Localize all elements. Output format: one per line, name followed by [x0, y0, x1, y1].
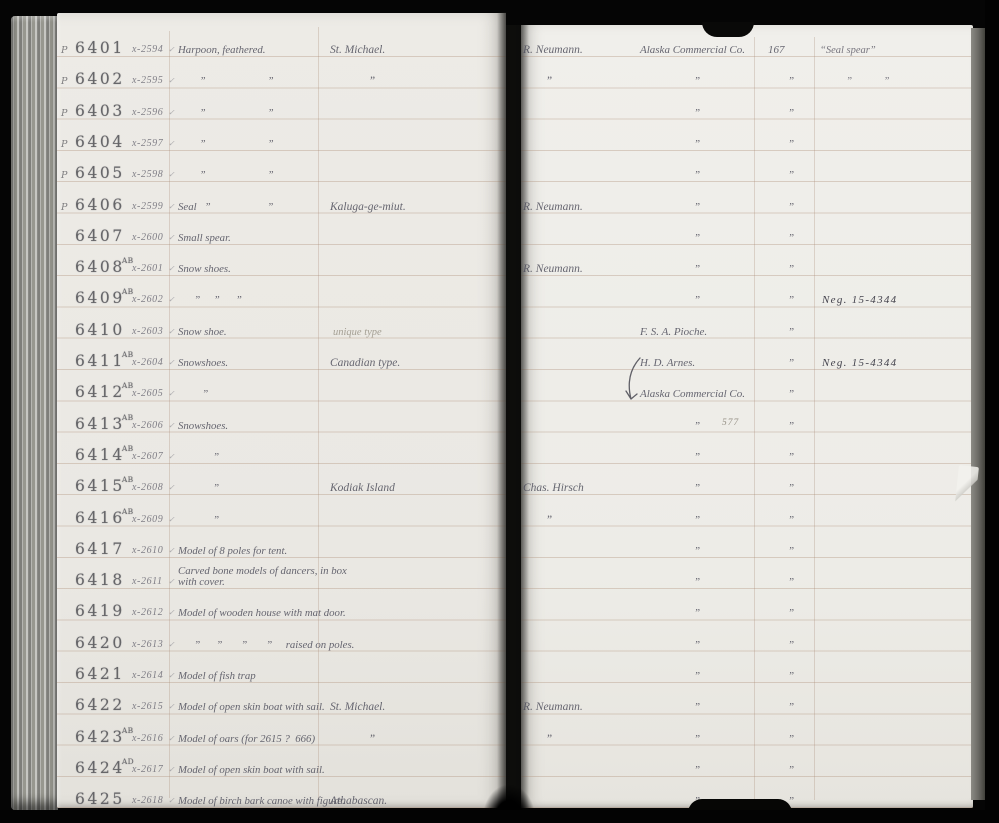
old-number: x-2596: [132, 107, 163, 118]
catalog-number-text: 6412: [75, 383, 125, 401]
accession-number: ”: [768, 169, 814, 181]
donor: ”: [640, 294, 754, 306]
margin-mark: P: [61, 139, 67, 150]
accession-number: ”: [768, 451, 814, 463]
catalog-number-text: 6420: [75, 634, 125, 652]
catalog-number: 6402: [75, 70, 125, 88]
catalog-number: 6404: [75, 133, 125, 151]
catalog-number: 6408AB: [75, 256, 134, 276]
catalog-number-text: 6408: [75, 258, 125, 276]
locality: ”: [330, 733, 414, 745]
donor: F. S. A. Pioche.: [640, 326, 707, 338]
checkmark-icon: ✓: [168, 358, 175, 367]
ledger-row: 6418x-2611✓Carved bone models of dancers…: [0, 563, 999, 591]
margin-mark: P: [61, 108, 67, 119]
accession-number: ”: [768, 326, 814, 338]
donor: ”: [640, 514, 754, 526]
catalog-number-text: 6401: [75, 39, 125, 57]
accession-number: ”: [768, 482, 814, 494]
description: Model of wooden house with mat door.: [178, 608, 346, 619]
checkmark-icon: ✓: [168, 640, 175, 649]
description: Model of oars (for 2615 ? 666): [178, 734, 315, 745]
checkmark-icon: ✓: [168, 452, 175, 461]
ledger-row: 6425x-2618✓Model of birch bark canoe wit…: [0, 782, 999, 810]
old-number: x-2599: [132, 201, 163, 212]
description: ” ”: [178, 139, 274, 150]
ledger-row: 6411ABx-2604✓Snowshoes.Canadian type.H. …: [0, 344, 999, 372]
accession-number: ”: [768, 420, 814, 432]
ledger-row: P6406x-2599✓Seal ” ”Kaluga-ge-miut.R. Ne…: [0, 188, 999, 216]
checkmark-icon: ✓: [168, 264, 175, 273]
checkmark-icon: ✓: [168, 577, 175, 586]
old-number: x-2598: [132, 169, 163, 180]
accession-number: ”: [768, 607, 814, 619]
checkmark-icon: ✓: [168, 765, 175, 774]
description: Snow shoe.: [178, 327, 227, 338]
locality: Kaluga-ge-miut.: [330, 201, 406, 213]
catalog-number-text: 6421: [75, 665, 125, 683]
description: Snowshoes.: [178, 421, 228, 432]
checkmark-icon: ✓: [168, 483, 175, 492]
old-number: x-2600: [132, 232, 163, 243]
description: ” ” ” ” raised on poles.: [178, 640, 354, 651]
description: ” ”: [178, 170, 274, 181]
ledger-row: 6410x-2603✓Snow shoe.unique typeF. S. A.…: [0, 313, 999, 341]
collector: ”: [523, 75, 575, 87]
catalog-number: 6403: [75, 102, 125, 120]
ledger-row: 6420x-2613✓ ” ” ” ” raised on poles.””: [0, 626, 999, 654]
checkmark-icon: ✓: [168, 796, 175, 805]
catalog-number: 6407: [75, 227, 125, 245]
description: Model of 8 poles for tent.: [178, 546, 287, 557]
accession-number: ”: [768, 670, 814, 682]
old-number: x-2601: [132, 263, 163, 274]
old-number: x-2611: [132, 576, 163, 587]
catalog-number-text: 6404: [75, 133, 125, 151]
correction-arrow-icon: [624, 357, 644, 403]
ledger-row: 6408ABx-2601✓Snow shoes.R. Neumann.””: [0, 250, 999, 278]
checkmark-icon: ✓: [168, 421, 175, 430]
donor: ”: [640, 482, 754, 494]
catalog-number: 6422: [75, 696, 125, 714]
checkmark-icon: ✓: [168, 45, 175, 54]
accession-number: ”: [768, 107, 814, 119]
catalog-number-text: 6411: [75, 352, 125, 370]
ledger-row: 6419x-2612✓Model of wooden house with ma…: [0, 594, 999, 622]
checkmark-icon: ✓: [168, 139, 175, 148]
catalog-number-text: 6402: [75, 70, 125, 88]
donor: ”: [640, 576, 754, 588]
catalog-number: 6419: [75, 602, 125, 620]
checkmark-icon: ✓: [168, 515, 175, 524]
checkmark-icon: ✓: [168, 108, 175, 117]
catalog-number: 6405: [75, 164, 125, 182]
locality: ”: [330, 75, 414, 87]
catalog-number-text: 6409: [75, 289, 125, 307]
description: Carved bone models of dancers, in box wi…: [178, 566, 347, 588]
old-number: x-2616: [132, 733, 163, 744]
accession-number: ”: [768, 294, 814, 306]
catalog-number-text: 6403: [75, 102, 125, 120]
ledger-row: 6412ABx-2605✓ ”Alaska Commercial Co.”: [0, 375, 999, 403]
catalog-number: 6409AB: [75, 287, 134, 307]
donor-pencil-note: 577: [722, 418, 739, 428]
checkmark-icon: ✓: [168, 608, 175, 617]
old-number: x-2604: [132, 357, 163, 368]
ledger-row: 6414ABx-2607✓ ”””: [0, 438, 999, 466]
description: Snow shoes.: [178, 264, 231, 275]
description: ”: [178, 452, 219, 463]
ledger-photo: P6401x-2594✓Harpoon, feathered.St. Micha…: [0, 0, 999, 823]
catalog-number-text: 6405: [75, 164, 125, 182]
catalog-number-text: 6407: [75, 227, 125, 245]
pencil-note: unique type: [333, 327, 382, 338]
description: Seal ” ”: [178, 202, 273, 213]
catalog-number: 6415AB: [75, 475, 134, 495]
checkmark-icon: ✓: [168, 202, 175, 211]
catalog-number: 6410: [75, 321, 125, 339]
catalog-number: 6425: [75, 790, 125, 808]
margin-mark: P: [61, 45, 67, 56]
catalog-number-text: 6424: [75, 759, 125, 777]
catalog-number: 6411AB: [75, 350, 134, 370]
catalog-number: 6417: [75, 540, 125, 558]
margin-mark: P: [61, 76, 67, 87]
checkmark-icon: ✓: [168, 76, 175, 85]
photo-black-border-bottom: [0, 810, 999, 823]
catalog-number: 6401: [75, 39, 125, 57]
description: ” ” ”: [178, 295, 242, 306]
description: Model of open skin boat with sail.: [178, 702, 325, 713]
accession-number: ”: [768, 733, 814, 745]
donor: ”: [640, 545, 754, 557]
old-number: x-2617: [132, 764, 163, 775]
accession-number: ”: [768, 75, 814, 87]
checkmark-icon: ✓: [168, 546, 175, 555]
description: ” ”: [178, 108, 274, 119]
accession-number: 167: [768, 44, 785, 56]
old-number: x-2594: [132, 44, 163, 55]
donor: Alaska Commercial Co.: [640, 44, 745, 56]
collector: ”: [523, 733, 575, 745]
locality: St. Michael.: [330, 701, 385, 713]
accession-number: ”: [768, 576, 814, 588]
description: Model of fish trap: [178, 671, 256, 682]
donor: ”: [640, 733, 754, 745]
donor: Alaska Commercial Co.: [640, 388, 745, 400]
accession-number: ”: [768, 201, 814, 213]
donor: ”: [640, 263, 754, 275]
negative-number: Neg. 15-4344: [822, 357, 897, 369]
accession-number: ”: [768, 388, 814, 400]
old-number: x-2612: [132, 607, 163, 618]
description: Small spear.: [178, 233, 231, 244]
catalog-number-text: 6422: [75, 696, 125, 714]
ledger-row: P6404x-2597✓ ” ”””: [0, 125, 999, 153]
locality: St. Michael.: [330, 44, 385, 56]
donor: ”: [640, 639, 754, 651]
donor: ”: [640, 75, 754, 87]
catalog-number: 6412AB: [75, 381, 134, 401]
locality: Canadian type.: [330, 357, 400, 369]
catalog-number-text: 6415: [75, 477, 125, 495]
accession-number: ”: [768, 514, 814, 526]
description: Harpoon, feathered.: [178, 45, 265, 56]
locality: Athabascan.: [330, 795, 387, 807]
catalog-number: 6421: [75, 665, 125, 683]
collector: R. Neumann.: [523, 701, 583, 713]
old-number: x-2602: [132, 294, 163, 305]
accession-number: ”: [768, 701, 814, 713]
description: ” ”: [178, 76, 274, 87]
accession-number: ”: [768, 138, 814, 150]
old-number: x-2610: [132, 545, 163, 556]
margin-mark: P: [61, 170, 67, 181]
catalog-number: 6416AB: [75, 507, 134, 527]
ledger-row: 6424ADx-2617✓Model of open skin boat wit…: [0, 751, 999, 779]
checkmark-icon: ✓: [168, 734, 175, 743]
description: ”: [178, 389, 208, 400]
old-number: x-2614: [132, 670, 163, 681]
old-number: x-2613: [132, 639, 163, 650]
ledger-row: P6401x-2594✓Harpoon, feathered.St. Micha…: [0, 31, 999, 59]
ledger-row: P6405x-2598✓ ” ”””: [0, 156, 999, 184]
ledger-row: 6409ABx-2602✓ ” ” ”””Neg. 15-4344: [0, 281, 999, 309]
catalog-number-text: 6406: [75, 196, 125, 214]
description: Model of birch bark canoe with figure.: [178, 796, 345, 807]
old-number: x-2615: [132, 701, 163, 712]
old-number: x-2608: [132, 482, 163, 493]
accession-number: ”: [768, 795, 814, 807]
donor: H. D. Arnes.: [640, 357, 695, 369]
donor: ”: [640, 795, 754, 807]
catalog-number: 6406: [75, 196, 125, 214]
checkmark-icon: ✓: [168, 702, 175, 711]
old-number: x-2606: [132, 420, 163, 431]
donor: ”: [640, 169, 754, 181]
accession-number: ”: [768, 263, 814, 275]
description: Snowshoes.: [178, 358, 228, 369]
ledger-row: 6413ABx-2606✓Snowshoes.”577”: [0, 407, 999, 435]
accession-number: ”: [768, 357, 814, 369]
donor: ”: [640, 670, 754, 682]
donor: ”: [640, 451, 754, 463]
old-number: x-2603: [132, 326, 163, 337]
collector: R. Neumann.: [523, 201, 583, 213]
donor: ”: [640, 107, 754, 119]
catalog-number-text: 6425: [75, 790, 125, 808]
donor: ”: [640, 138, 754, 150]
ledger-row: P6402x-2595✓ ” ””””” ” ”: [0, 62, 999, 90]
catalog-number-text: 6413: [75, 415, 125, 433]
catalog-number-text: 6423: [75, 728, 125, 746]
catalog-number-text: 6418: [75, 571, 125, 589]
remarks: ” ”: [820, 76, 889, 87]
ledger-row: P6403x-2596✓ ” ”””: [0, 94, 999, 122]
checkmark-icon: ✓: [168, 327, 175, 336]
accession-number: ”: [768, 639, 814, 651]
old-number: x-2605: [132, 388, 163, 399]
collector: Chas. Hirsch: [523, 482, 584, 494]
accession-number: ”: [768, 232, 814, 244]
ledger-row: 6416ABx-2609✓ ””””: [0, 501, 999, 529]
catalog-number: 6424AD: [75, 757, 134, 777]
old-number: x-2597: [132, 138, 163, 149]
ledger-row: 6422x-2615✓Model of open skin boat with …: [0, 688, 999, 716]
negative-number: Neg. 15-4344: [822, 294, 897, 306]
donor: ”: [640, 201, 754, 213]
collector: ”: [523, 514, 575, 526]
ledger-row: 6415ABx-2608✓ ”Kodiak IslandChas. Hirsch…: [0, 469, 999, 497]
description: ”: [178, 515, 219, 526]
ledger-row: 6417x-2610✓Model of 8 poles for tent.””: [0, 532, 999, 560]
catalog-number: 6418: [75, 571, 125, 589]
ledger-row: 6407x-2600✓Small spear.””: [0, 219, 999, 247]
catalog-number-text: 6416: [75, 509, 125, 527]
catalog-number: 6423AB: [75, 726, 134, 746]
accession-number: ”: [768, 545, 814, 557]
checkmark-icon: ✓: [168, 170, 175, 179]
donor: ”: [640, 764, 754, 776]
catalog-number: 6414AB: [75, 444, 134, 464]
ledger-row: 6423ABx-2616✓Model of oars (for 2615 ? 6…: [0, 720, 999, 748]
donor: ”: [640, 232, 754, 244]
catalog-number-text: 6419: [75, 602, 125, 620]
collector: R. Neumann.: [523, 44, 583, 56]
checkmark-icon: ✓: [168, 295, 175, 304]
catalog-number: 6420: [75, 634, 125, 652]
collector: R. Neumann.: [523, 263, 583, 275]
locality: Kodiak Island: [330, 482, 395, 494]
margin-mark: P: [61, 202, 67, 213]
donor: ”: [640, 607, 754, 619]
checkmark-icon: ✓: [168, 233, 175, 242]
catalog-number-text: 6410: [75, 321, 125, 339]
old-number: x-2609: [132, 514, 163, 525]
accession-number: ”: [768, 764, 814, 776]
old-number: x-2618: [132, 795, 163, 806]
ledger-row: 6421x-2614✓Model of fish trap””: [0, 657, 999, 685]
catalog-number: 6413AB: [75, 413, 134, 433]
checkmark-icon: ✓: [168, 671, 175, 680]
remarks: “Seal spear”: [820, 45, 876, 56]
donor: ”: [640, 701, 754, 713]
description: ”: [178, 483, 219, 494]
old-number: x-2607: [132, 451, 163, 462]
checkmark-icon: ✓: [168, 389, 175, 398]
old-number: x-2595: [132, 75, 163, 86]
catalog-number-text: 6414: [75, 446, 125, 464]
catalog-number-text: 6417: [75, 540, 125, 558]
description: Model of open skin boat with sail.: [178, 765, 325, 776]
